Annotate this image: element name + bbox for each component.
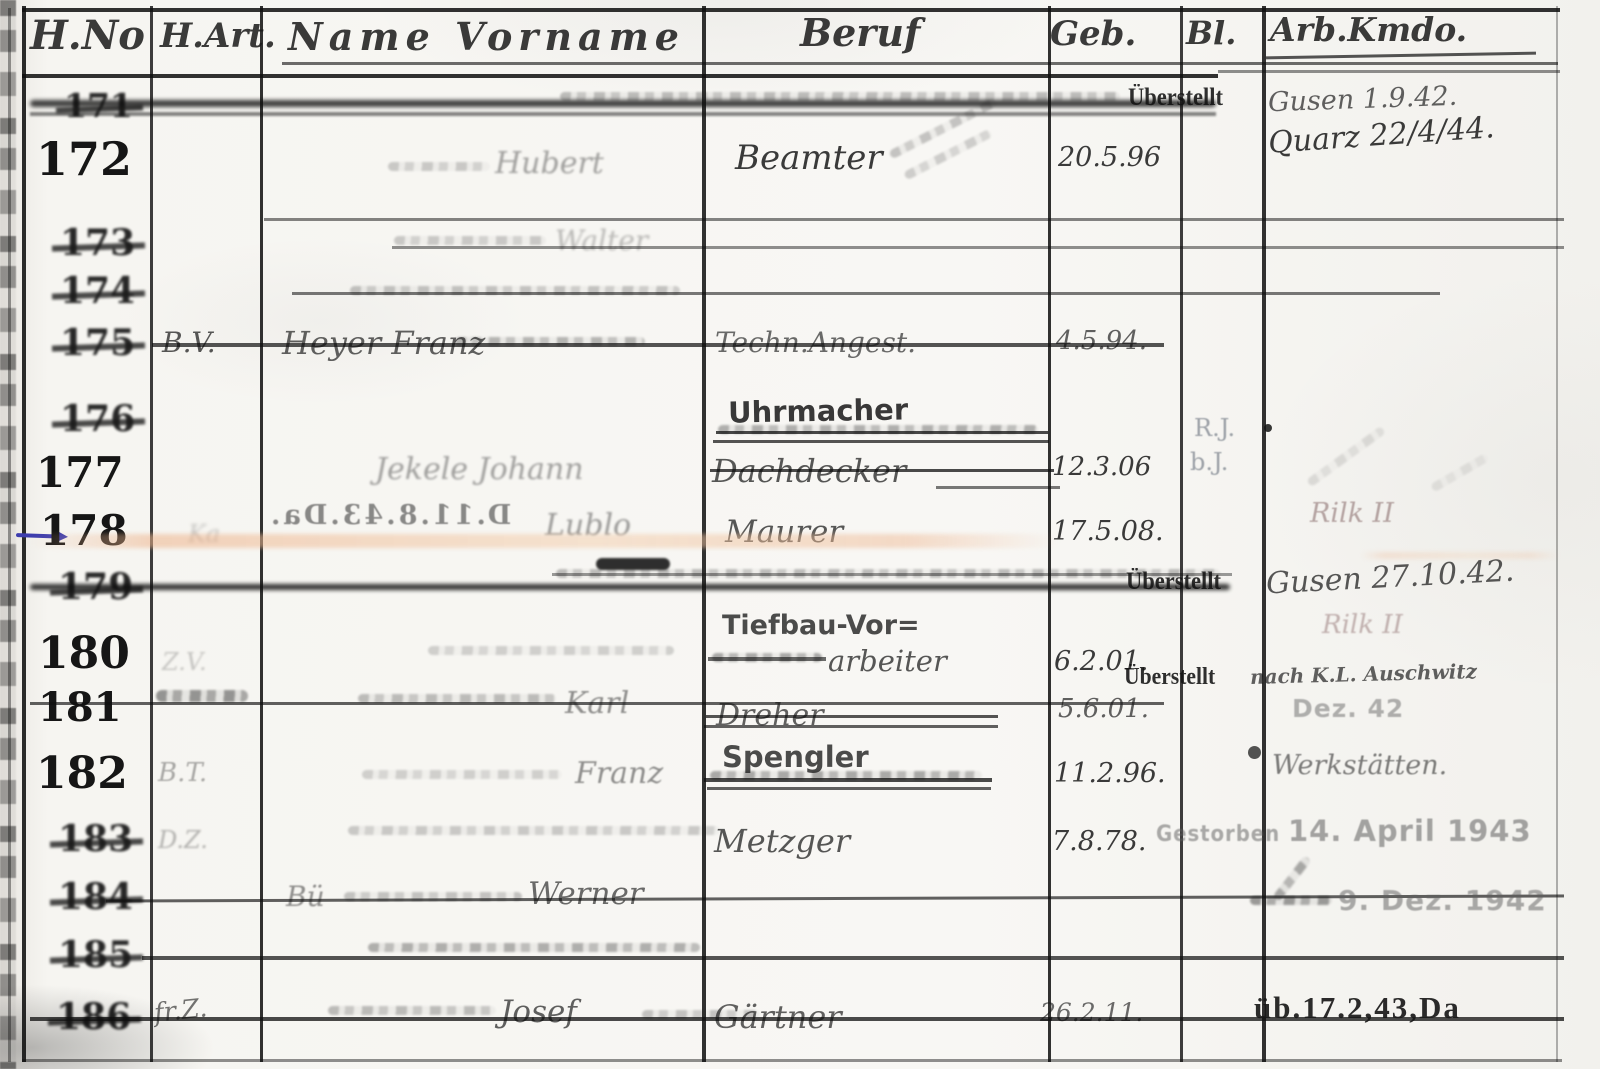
birthdate-entry: 20.5.96 — [1058, 142, 1161, 173]
strike-line — [936, 486, 1060, 489]
name-entry: Hubert — [495, 146, 604, 181]
birthdate-entry: 7.8.78. — [1052, 826, 1146, 857]
gestorben-stamp: Gestorben — [1156, 822, 1280, 847]
category-entry: fr.Z. — [153, 993, 209, 1028]
block-entry: b.J. — [1190, 448, 1228, 476]
strike-line — [704, 725, 998, 728]
column-header-bl: Bl. — [1186, 14, 1236, 52]
table-grid-line — [264, 218, 1564, 221]
profession-entry: Metzger — [714, 822, 850, 860]
prisoner-number-struck: 176 — [60, 398, 135, 440]
kommando-entry: Rilk II — [1310, 498, 1394, 529]
strike-line — [392, 246, 1564, 249]
birthdate-entry: 12.3.06 — [1052, 452, 1151, 482]
prisoner-number-struck: 183 — [58, 818, 133, 860]
table-grid-line — [1266, 52, 1536, 60]
prisoner-number-struck: 173 — [60, 222, 135, 264]
column-header-geb: Geb. — [1050, 14, 1136, 54]
category-entry: D.Z. — [158, 826, 208, 854]
strike-line — [30, 702, 1164, 705]
strike-line — [708, 657, 826, 661]
illegible-handwriting — [394, 236, 546, 245]
strike-line — [30, 100, 1216, 107]
strike-line — [704, 778, 992, 782]
ueberstellt-stamp: Überstellt — [1124, 664, 1215, 691]
ueberstellt-stamp: Überstellt — [1126, 568, 1221, 596]
ink-blot — [596, 558, 670, 570]
table-grid-line — [1180, 6, 1183, 1062]
birthdate-entry: 11.2.96. — [1054, 758, 1166, 789]
illegible-handwriting — [1430, 453, 1490, 493]
table-grid-line — [282, 62, 1558, 65]
illegible-handwriting — [1306, 426, 1386, 487]
column-header-beruf: Beruf — [800, 10, 920, 55]
kommando-entry: Quarz 22/4/44. — [1267, 110, 1496, 161]
ueberstellt-stamp: Überstellt — [1128, 84, 1223, 112]
table-grid-line — [22, 1059, 1562, 1062]
birthdate-entry: 17.5.08. — [1052, 516, 1164, 547]
column-header-hno: H.No — [30, 12, 145, 59]
strike-line — [707, 787, 991, 790]
category-entry: B.T. — [158, 758, 207, 788]
kommando-entry: Werkstätten. — [1272, 750, 1447, 781]
scanned-register-page: H.No H.Art. Name Vorname Beruf Geb. Bl. … — [0, 0, 1600, 1069]
strike-line — [716, 431, 1048, 434]
kommando-entry: Gusen 27.10.42. — [1265, 554, 1515, 602]
name-entry: Walter — [555, 224, 648, 257]
illegible-handwriting — [156, 690, 248, 702]
prisoner-number-struck: 174 — [60, 270, 135, 312]
strike-line — [713, 440, 1049, 443]
name-entry: Jekele Johann — [375, 452, 584, 487]
kommando-entry: Gusen 1.9.42. — [1268, 81, 1458, 119]
strike-line — [142, 956, 1564, 960]
illegible-handwriting — [388, 162, 490, 171]
name-entry: Werner — [528, 876, 644, 912]
prisoner-number: 177 — [36, 448, 124, 497]
illegible-handwriting — [428, 646, 674, 655]
ink-dot — [1264, 424, 1272, 432]
prisoner-number: 182 — [36, 748, 128, 799]
date-stamp: 9. Dez. 1942 — [1338, 884, 1547, 917]
highlight-streak — [30, 534, 1060, 548]
table-grid-line — [1218, 70, 1560, 73]
name-entry: Josef — [500, 994, 577, 1030]
column-header-kmdo: Arb.Kmdo. — [1270, 10, 1467, 49]
column-header-name: Name Vorname — [288, 14, 685, 59]
illegible-handwriting — [328, 1006, 496, 1015]
scan-edge-inner-line — [8, 8, 11, 1062]
column-header-hart: H.Art. — [160, 16, 276, 56]
strike-line — [30, 584, 1230, 590]
bleedthrough-stamp: D.11.8.43.Da. — [268, 500, 511, 531]
table-grid-line — [1556, 6, 1558, 1062]
illegible-handwriting — [1250, 896, 1332, 905]
profession-entry: Beamter — [735, 138, 883, 178]
prisoner-number-struck: 184 — [58, 876, 133, 918]
illegible-handwriting — [348, 826, 720, 835]
strike-line — [30, 112, 1216, 116]
strike-line — [706, 715, 998, 718]
date-stamp: 14. April 1943 — [1288, 814, 1532, 848]
date-stamp: Dez. 42 — [1292, 694, 1404, 723]
birthdate-entry: 4.5.94. — [1056, 326, 1147, 356]
name-entry: Bü — [286, 880, 325, 913]
profession-entry: Uhrmacher — [728, 392, 909, 429]
prisoner-number-struck: 185 — [58, 934, 133, 976]
profession-entry: Tiefbau-Vor= — [722, 610, 920, 641]
birthdate-entry: 5.6.01. — [1058, 694, 1149, 724]
profession-entry: Spengler — [722, 740, 869, 774]
category-entry: Z.V. — [162, 648, 207, 676]
strike-line — [152, 343, 1164, 347]
illegible-handwriting — [362, 770, 562, 779]
prisoner-number-struck: 181 — [38, 684, 122, 731]
name-entry: Franz — [575, 756, 663, 791]
illegible-handwriting — [368, 943, 700, 952]
table-grid-line — [22, 74, 1218, 78]
kommando-entry: üb.17.2,43,Da — [1254, 990, 1461, 1026]
prisoner-number: 172 — [36, 132, 132, 186]
birthdate-entry: 26.2.11. — [1040, 998, 1143, 1027]
prisoner-number-struck: 175 — [60, 322, 135, 364]
transfer-note: nach K.L. Auschwitz — [1250, 659, 1478, 689]
kommando-entry: Rilk II — [1322, 610, 1403, 640]
strike-line — [710, 469, 1054, 472]
profession-entry: arbeiter — [828, 644, 947, 678]
prisoner-number: 180 — [38, 628, 130, 679]
ink-dot — [1248, 746, 1261, 759]
block-entry: R.J. — [1194, 414, 1235, 442]
strike-line — [292, 292, 1440, 295]
